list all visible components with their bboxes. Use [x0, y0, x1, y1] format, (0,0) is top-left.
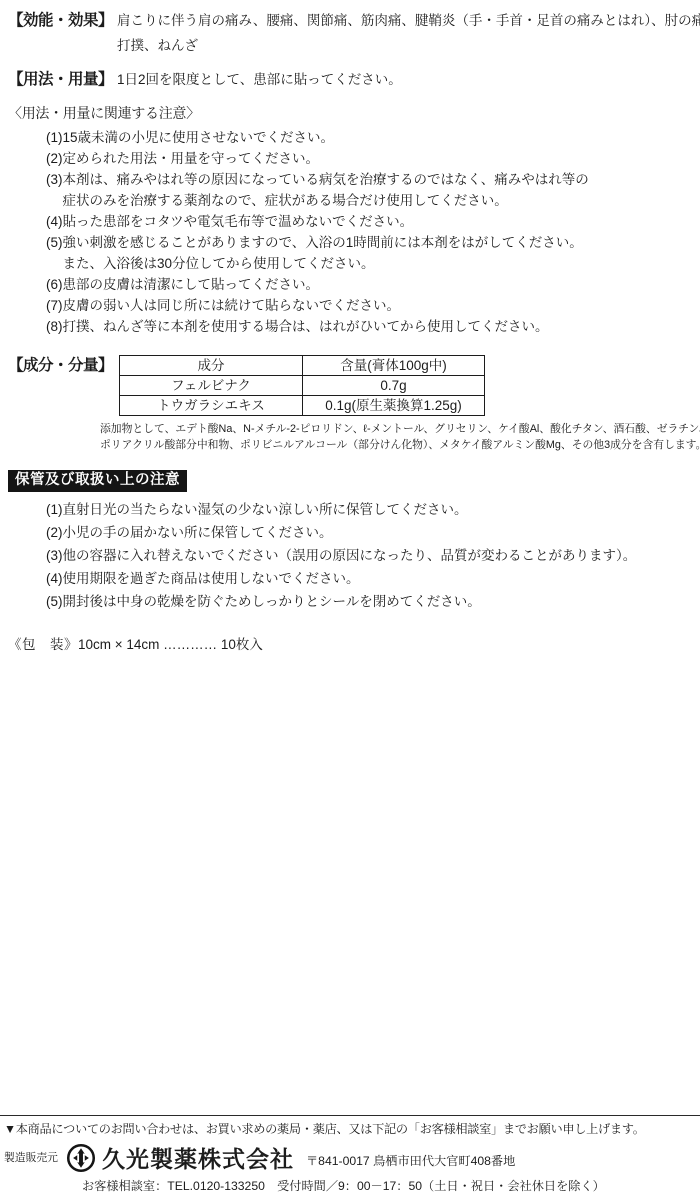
efficacy-line: 打撲、ねんざ: [117, 33, 700, 58]
ingredients-table: 成分 含量(膏体100g中) フェルビナク 0.7g トウガラシエキス 0.1g…: [119, 355, 485, 416]
table-header-row: 成分 含量(膏体100g中): [120, 356, 485, 376]
item-number: (4): [46, 211, 63, 232]
item-text: 定められた用法・用量を守ってください。: [63, 148, 320, 169]
item-number: (1): [46, 127, 63, 148]
packaging-label: 《包 装》: [8, 637, 78, 652]
maker-label: 製造販売元: [4, 1150, 58, 1165]
list-item: (4) 貼った患部をコタツや電気毛布等で温めないでください。: [46, 211, 692, 232]
ingredient-name: トウガラシエキス: [120, 396, 303, 416]
item-text: 開封後は中身の乾燥を防ぐためしっかりとシールを閉めてください。: [63, 590, 481, 613]
list-item: (4) 使用期限を過ぎた商品は使用しないでください。: [46, 567, 692, 590]
item-number: (5): [46, 232, 63, 253]
dosage-notes-list: (1) 15歳未満の小児に使用させないでください。 (2) 定められた用法・用量…: [46, 127, 692, 337]
item-text: 皮膚の弱い人は同じ所には続けて貼らないでください。: [63, 295, 401, 316]
inquiry-notice: ▼本商品についてのお問い合わせは、お買い求めの薬局・薬店、又は下記の「お客様相談…: [4, 1121, 696, 1138]
section-ingredients: 【成分・分量】 成分 含量(膏体100g中) フェルビナク 0.7g トウガラシ…: [8, 353, 692, 416]
item-number: (5): [46, 590, 63, 613]
dosage-notes-heading: 〈用法・用量に関連する注意〉: [8, 102, 692, 124]
section-dosage: 【用法・用量】 1日2回を限度として、患部に貼ってください。: [8, 67, 692, 92]
item-number: (6): [46, 274, 63, 295]
item-text: 15歳未満の小児に使用させないでください。: [63, 127, 335, 148]
dosage-line: 1日2回を限度として、患部に貼ってください。: [117, 67, 402, 92]
item-number: (3): [46, 544, 63, 567]
list-item: (3) 本剤は、痛みやはれ等の原因になっている病気を治療するのではなく、痛みやは…: [46, 169, 692, 211]
storage-list: (1) 直射日光の当たらない湿気の少ない涼しい所に保管してください。 (2) 小…: [46, 498, 692, 613]
package-insert-page: 【効能・効果】 肩こりに伴う肩の痛み、腰痛、関節痛、筋肉痛、腱鞘炎（手・手首・足…: [0, 0, 700, 1200]
additives-line: 添加物として、エデト酸Na、N-メチル-2-ピロリドン、ℓ-メントール、グリセリ…: [100, 421, 692, 437]
item-number: (8): [46, 316, 63, 337]
item-text: 直射日光の当たらない湿気の少ない涼しい所に保管してください。: [63, 498, 468, 521]
item-number: (2): [46, 148, 63, 169]
table-row: トウガラシエキス 0.1g(原生薬換算1.25g): [120, 396, 485, 416]
list-item: (1) 15歳未満の小児に使用させないでください。: [46, 127, 692, 148]
ingredient-amount: 0.1g(原生薬換算1.25g): [303, 396, 485, 416]
insert-content: 【効能・効果】 肩こりに伴う肩の痛み、腰痛、関節痛、筋肉痛、腱鞘炎（手・手首・足…: [0, 0, 700, 653]
item-text: 強い刺激を感じることがありますので、入浴の1時間前には本剤をはがしてください。 …: [63, 232, 583, 274]
item-text: 小児の手の届かない所に保管してください。: [63, 521, 333, 544]
list-item: (5) 開封後は中身の乾燥を防ぐためしっかりとシールを閉めてください。: [46, 590, 692, 613]
section-efficacy: 【効能・効果】 肩こりに伴う肩の痛み、腰痛、関節痛、筋肉痛、腱鞘炎（手・手首・足…: [8, 8, 692, 58]
dosage-body: 1日2回を限度として、患部に貼ってください。: [113, 67, 402, 92]
item-number: (1): [46, 498, 63, 521]
list-item: (6) 患部の皮膚は清潔にして貼ってください。: [46, 274, 692, 295]
list-item: (2) 小児の手の届かない所に保管してください。: [46, 521, 692, 544]
item-text: 打撲、ねんざ等に本剤を使用する場合は、はれがひいてから使用してください。: [63, 316, 549, 337]
list-item: (2) 定められた用法・用量を守ってください。: [46, 148, 692, 169]
list-item: (8) 打撲、ねんざ等に本剤を使用する場合は、はれがひいてから使用してください。: [46, 316, 692, 337]
item-number: (2): [46, 521, 63, 544]
efficacy-body: 肩こりに伴う肩の痛み、腰痛、関節痛、筋肉痛、腱鞘炎（手・手首・足首の痛みとはれ）…: [113, 8, 700, 58]
additives-line: ポリアクリル酸部分中和物、ポリビニルアルコール（部分けん化物）、メタケイ酸アルミ…: [100, 437, 692, 453]
list-item: (7) 皮膚の弱い人は同じ所には続けて貼らないでください。: [46, 295, 692, 316]
item-text: 本剤は、痛みやはれ等の原因になっている病気を治療するのではなく、痛みやはれ等の …: [63, 169, 589, 211]
list-item: (3) 他の容器に入れ替えないでください（誤用の原因になったり、品質が変わること…: [46, 544, 692, 567]
item-number: (7): [46, 295, 63, 316]
list-item: (5) 強い刺激を感じることがありますので、入浴の1時間前には本剤をはがしてくだ…: [46, 232, 692, 274]
table-row: フェルビナク 0.7g: [120, 376, 485, 396]
efficacy-heading: 【効能・効果】: [8, 8, 113, 33]
item-text: 貼った患部をコタツや電気毛布等で温めないでください。: [63, 211, 414, 232]
ingredient-amount: 0.7g: [303, 376, 485, 396]
item-text: 使用期限を過ぎた商品は使用しないでください。: [63, 567, 360, 590]
item-number: (3): [46, 169, 63, 190]
manufacturer-footer: ▼本商品についてのお問い合わせは、お買い求めの薬局・薬店、又は下記の「お客様相談…: [0, 1115, 700, 1200]
ingredient-name: フェルビナク: [120, 376, 303, 396]
col-header-ingredient: 成分: [120, 356, 303, 376]
ingredients-heading: 【成分・分量】: [8, 353, 113, 378]
list-item: (1) 直射日光の当たらない湿気の少ない涼しい所に保管してください。: [46, 498, 692, 521]
company-name: 久光製薬株式会社: [102, 1141, 294, 1174]
packaging-line: 《包 装》10cm × 14cm ………… 10枚入: [8, 633, 692, 653]
packaging-text: 10cm × 14cm ………… 10枚入: [78, 637, 263, 652]
company-address: 〒841-0017 鳥栖市田代大官町408番地: [306, 1152, 515, 1169]
efficacy-line: 肩こりに伴う肩の痛み、腰痛、関節痛、筋肉痛、腱鞘炎（手・手首・足首の痛みとはれ）…: [117, 8, 700, 33]
item-number: (4): [46, 567, 63, 590]
item-text: 患部の皮膚は清潔にして貼ってください。: [63, 274, 320, 295]
col-header-amount: 含量(膏体100g中): [303, 356, 485, 376]
item-text: 他の容器に入れ替えないでください（誤用の原因になったり、品質が変わることがありま…: [63, 544, 637, 567]
hisamitsu-logo-icon: [66, 1143, 96, 1173]
dosage-heading: 【用法・用量】: [8, 67, 113, 92]
maker-row: 製造販売元 久光製薬株式会社 〒841-0017 鳥栖市田代大官町408番地: [4, 1141, 696, 1174]
customer-contact: お客様相談室：TEL.0120-133250 受付時間／9：00－17：50（土…: [82, 1177, 696, 1194]
additives-note: 添加物として、エデト酸Na、N-メチル-2-ピロリドン、ℓ-メントール、グリセリ…: [100, 421, 692, 453]
storage-heading: 保管及び取扱い上の注意: [8, 470, 187, 492]
